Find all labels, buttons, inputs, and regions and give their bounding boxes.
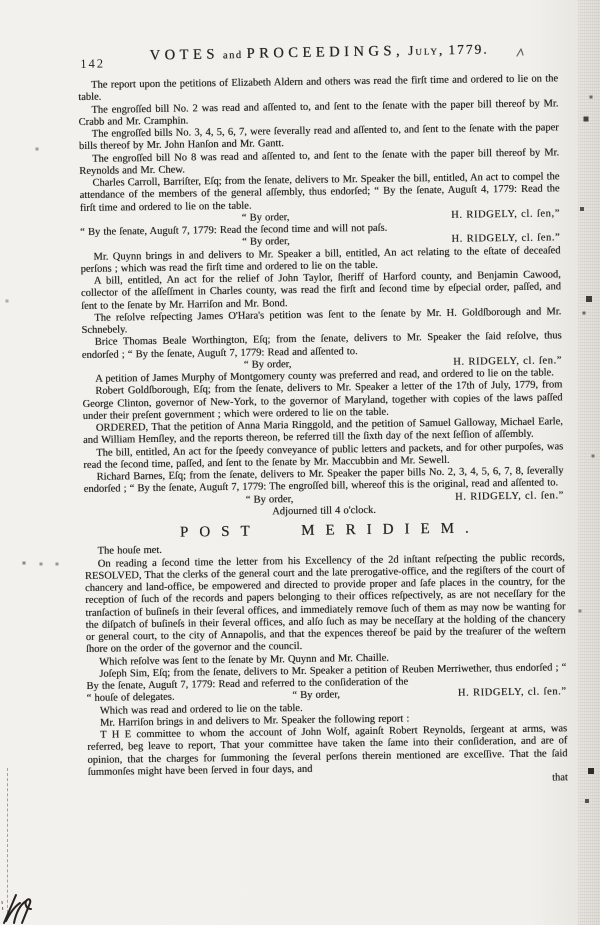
clerk-signature: H. RIDGELY, cl. ſen.” [458,686,567,700]
document-page: 142 VOTES and PROCEEDINGS, July, 1779. T… [0,0,600,925]
page-title: VOTES and PROCEEDINGS, July, 1779. [78,39,560,66]
paragraph-committee-wolf: T H E committee to whom the account of J… [87,723,568,779]
ink-tick-mark [514,46,530,60]
title-word-and: and [223,50,243,61]
document-body: The report upon the petitions of Elizabe… [78,73,568,791]
title-word-year: 1779. [448,41,489,57]
clerk-signature: H. RIDGELY, cl. ſen.” [451,233,560,247]
title-word-proceedings: PROCEEDINGS, [246,43,404,62]
title-word-month: July, [408,42,445,58]
clerk-signature: H. RIDGELY, cl. ſen,” [451,208,560,222]
scan-noise-strip [578,0,600,925]
orderline-left-text: “ houſe of delegates. [87,692,175,705]
page-number: 142 [80,57,105,72]
page-header: 142 VOTES and PROCEEDINGS, July, 1779. [78,39,560,66]
paragraph-records-resolved: On reading a ſecond time the letter from… [85,552,566,657]
scan-specks [0,0,2,2]
clerk-signature: H. RIDGELY, cl. ſen.” [455,490,564,504]
title-word-votes: VOTES [149,46,219,63]
handwritten-ink-scribble [0,883,48,925]
post-meridiem-heading: POST MERIDIEM. [84,521,564,540]
